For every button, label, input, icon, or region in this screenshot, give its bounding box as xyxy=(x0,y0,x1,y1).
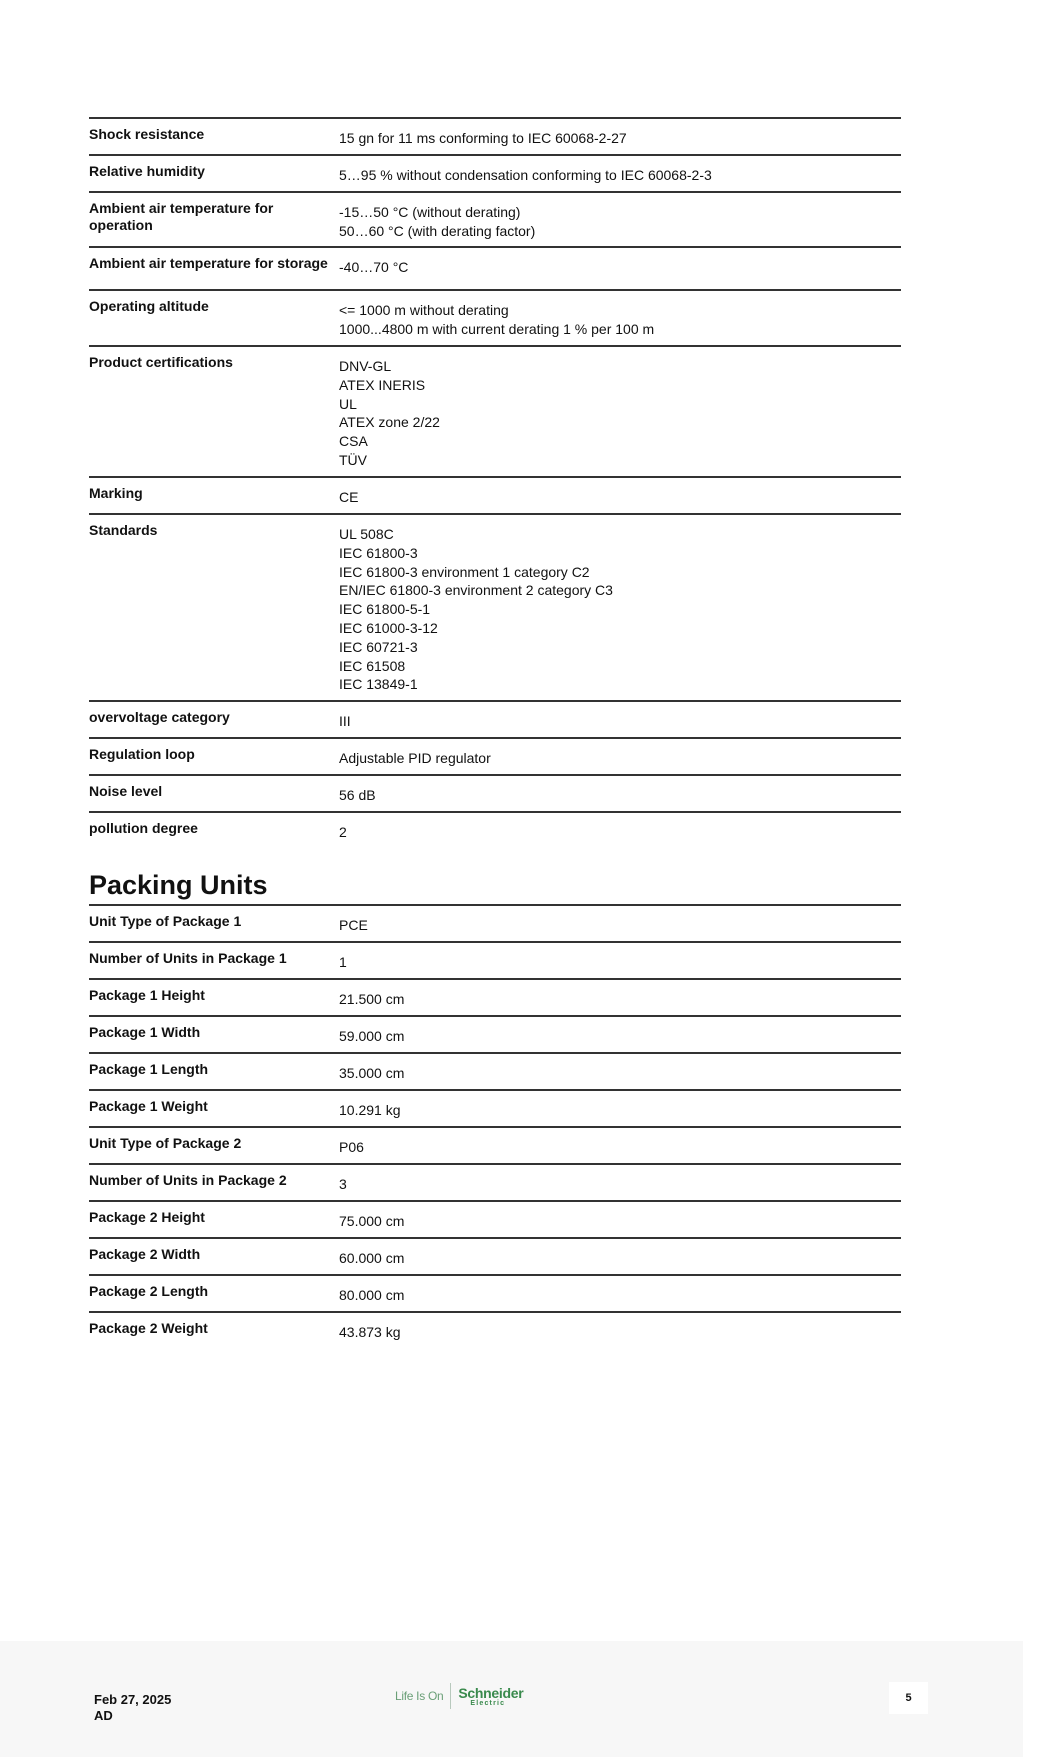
table-row: MarkingCE xyxy=(89,476,901,513)
table-row: overvoltage categoryIII xyxy=(89,700,901,737)
value-line: 10.291 kg xyxy=(339,1101,901,1120)
row-label: Standards xyxy=(89,515,339,700)
row-value: 1 xyxy=(339,943,901,978)
row-label: Ambient air temperature for operation xyxy=(89,193,339,246)
row-label: Package 2 Weight xyxy=(89,1313,339,1348)
row-value: <= 1000 m without derating1000...4800 m … xyxy=(339,291,901,345)
row-label: Package 1 Length xyxy=(89,1054,339,1089)
value-line: PCE xyxy=(339,916,901,935)
value-line: IEC 60721-3 xyxy=(339,638,901,657)
value-line: IEC 61800-5-1 xyxy=(339,600,901,619)
row-value: 75.000 cm xyxy=(339,1202,901,1237)
row-label: overvoltage category xyxy=(89,702,339,737)
value-line: <= 1000 m without derating xyxy=(339,301,901,320)
value-line: 1 xyxy=(339,953,901,972)
row-label: Package 1 Height xyxy=(89,980,339,1015)
table-row: Shock resistance15 gn for 11 ms conformi… xyxy=(89,117,901,154)
value-line: 43.873 kg xyxy=(339,1323,901,1342)
row-value: III xyxy=(339,702,901,737)
page-number: 5 xyxy=(889,1682,928,1714)
row-label: Unit Type of Package 2 xyxy=(89,1128,339,1163)
packing-units-table: Unit Type of Package 1PCENumber of Units… xyxy=(89,904,901,1348)
value-line: CSA xyxy=(339,432,901,451)
brand-sub: Electric xyxy=(458,1700,523,1707)
row-label: Relative humidity xyxy=(89,156,339,191)
value-line: CE xyxy=(339,488,901,507)
row-label: pollution degree xyxy=(89,813,339,851)
row-label: Package 2 Length xyxy=(89,1276,339,1311)
table-row: Package 1 Length35.000 cm xyxy=(89,1052,901,1089)
value-line: UL xyxy=(339,395,901,414)
table-row: Package 1 Weight10.291 kg xyxy=(89,1089,901,1126)
brand-wordmark: Schneider Electric xyxy=(458,1686,523,1707)
value-line: ATEX INERIS xyxy=(339,376,901,395)
value-line: 5…95 % without condensation conforming t… xyxy=(339,166,901,185)
table-row: Package 2 Width60.000 cm xyxy=(89,1237,901,1274)
row-label: Shock resistance xyxy=(89,119,339,154)
row-label: Noise level xyxy=(89,776,339,811)
value-line: IEC 61800-3 xyxy=(339,544,901,563)
value-line: UL 508C xyxy=(339,525,901,544)
logo-divider xyxy=(450,1683,451,1709)
value-line: 56 dB xyxy=(339,786,901,805)
value-line: IEC 61000-3-12 xyxy=(339,619,901,638)
value-line: 1000...4800 m with current derating 1 % … xyxy=(339,320,901,339)
value-line: 2 xyxy=(339,823,901,842)
row-value: 35.000 cm xyxy=(339,1054,901,1089)
value-line: ATEX zone 2/22 xyxy=(339,413,901,432)
table-row: Package 2 Weight43.873 kg xyxy=(89,1311,901,1348)
value-line: 75.000 cm xyxy=(339,1212,901,1231)
table-row: pollution degree2 xyxy=(89,811,901,851)
value-line: IEC 61508 xyxy=(339,657,901,676)
row-value: -40…70 °C xyxy=(339,248,901,289)
page-footer: Feb 27, 2025 AD Life Is On Schneider Ele… xyxy=(0,1641,1023,1757)
value-line: IEC 61800-3 environment 1 category C2 xyxy=(339,563,901,582)
value-line: 15 gn for 11 ms conforming to IEC 60068-… xyxy=(339,129,901,148)
value-line: III xyxy=(339,712,901,731)
row-label: Package 1 Weight xyxy=(89,1091,339,1126)
row-value: 59.000 cm xyxy=(339,1017,901,1052)
row-label: Regulation loop xyxy=(89,739,339,774)
value-line: 50…60 °C (with derating factor) xyxy=(339,222,901,241)
table-row: Regulation loopAdjustable PID regulator xyxy=(89,737,901,774)
row-value: 60.000 cm xyxy=(339,1239,901,1274)
row-value: -15…50 °C (without derating)50…60 °C (wi… xyxy=(339,193,901,246)
value-line: EN/IEC 61800-3 environment 2 category C3 xyxy=(339,581,901,600)
table-row: Relative humidity5…95 % without condensa… xyxy=(89,154,901,191)
value-line: -15…50 °C (without derating) xyxy=(339,203,901,222)
row-value: DNV-GLATEX INERISULATEX zone 2/22CSATÜV xyxy=(339,347,901,476)
row-value: 80.000 cm xyxy=(339,1276,901,1311)
row-value: Adjustable PID regulator xyxy=(339,739,901,774)
row-label: Package 1 Width xyxy=(89,1017,339,1052)
packing-units-title: Packing Units xyxy=(89,869,901,901)
value-line: 59.000 cm xyxy=(339,1027,901,1046)
value-line: Adjustable PID regulator xyxy=(339,749,901,768)
row-label: Ambient air temperature for storage xyxy=(89,248,339,289)
table-row: Package 2 Length80.000 cm xyxy=(89,1274,901,1311)
row-value: PCE xyxy=(339,906,901,941)
value-line: -40…70 °C xyxy=(339,258,901,277)
value-line: 60.000 cm xyxy=(339,1249,901,1268)
table-row: StandardsUL 508CIEC 61800-3IEC 61800-3 e… xyxy=(89,513,901,700)
row-label: Operating altitude xyxy=(89,291,339,345)
row-value: 2 xyxy=(339,813,901,851)
document-content: Shock resistance15 gn for 11 ms conformi… xyxy=(89,117,901,1348)
brand-name: Schneider xyxy=(458,1686,523,1700)
value-line: 3 xyxy=(339,1175,901,1194)
row-value: 3 xyxy=(339,1165,901,1200)
value-line: 35.000 cm xyxy=(339,1064,901,1083)
table-row: Ambient air temperature for operation-15… xyxy=(89,191,901,246)
footer-date-block: Feb 27, 2025 AD xyxy=(94,1692,171,1724)
tagline: Life Is On xyxy=(395,1689,443,1703)
table-row: Ambient air temperature for storage-40…7… xyxy=(89,246,901,289)
row-value: UL 508CIEC 61800-3IEC 61800-3 environmen… xyxy=(339,515,901,700)
row-label: Unit Type of Package 1 xyxy=(89,906,339,941)
value-line: DNV-GL xyxy=(339,357,901,376)
row-value: 15 gn for 11 ms conforming to IEC 60068-… xyxy=(339,119,901,154)
value-line: 80.000 cm xyxy=(339,1286,901,1305)
table-row: Number of Units in Package 23 xyxy=(89,1163,901,1200)
row-label: Marking xyxy=(89,478,339,513)
value-line: TÜV xyxy=(339,451,901,470)
environment-spec-table: Shock resistance15 gn for 11 ms conformi… xyxy=(89,117,901,851)
row-value: 21.500 cm xyxy=(339,980,901,1015)
row-value: 43.873 kg xyxy=(339,1313,901,1348)
table-row: Package 1 Width59.000 cm xyxy=(89,1015,901,1052)
row-value: 5…95 % without condensation conforming t… xyxy=(339,156,901,191)
value-line: IEC 13849-1 xyxy=(339,675,901,694)
table-row: Noise level56 dB xyxy=(89,774,901,811)
row-value: 10.291 kg xyxy=(339,1091,901,1126)
table-row: Package 1 Height21.500 cm xyxy=(89,978,901,1015)
table-row: Operating altitude<= 1000 m without dera… xyxy=(89,289,901,345)
row-value: 56 dB xyxy=(339,776,901,811)
footer-date: Feb 27, 2025 xyxy=(94,1692,171,1708)
value-line: 21.500 cm xyxy=(339,990,901,1009)
table-row: Product certificationsDNV-GLATEX INERISU… xyxy=(89,345,901,476)
table-row: Number of Units in Package 11 xyxy=(89,941,901,978)
row-label: Package 2 Height xyxy=(89,1202,339,1237)
table-row: Unit Type of Package 2P06 xyxy=(89,1126,901,1163)
table-row: Unit Type of Package 1PCE xyxy=(89,904,901,941)
row-label: Package 2 Width xyxy=(89,1239,339,1274)
row-label: Number of Units in Package 1 xyxy=(89,943,339,978)
row-value: P06 xyxy=(339,1128,901,1163)
value-line: P06 xyxy=(339,1138,901,1157)
row-value: CE xyxy=(339,478,901,513)
schneider-logo: Life Is On Schneider Electric xyxy=(395,1681,523,1711)
table-row: Package 2 Height75.000 cm xyxy=(89,1200,901,1237)
row-label: Number of Units in Package 2 xyxy=(89,1165,339,1200)
row-label: Product certifications xyxy=(89,347,339,476)
footer-code: AD xyxy=(94,1708,171,1724)
